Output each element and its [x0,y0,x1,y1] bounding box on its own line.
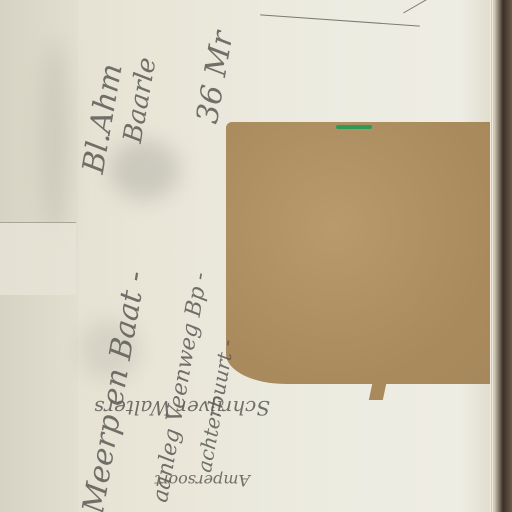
binding-edge [494,0,512,512]
kraft-paper-patch [226,122,496,384]
pencil-line [260,14,420,26]
smudge [110,140,180,200]
green-fragment [336,125,372,129]
handwriting-line: Schrijver Walters [94,396,270,420]
handwriting-line: Ampersoort [154,471,250,490]
document-photo: Bl.Ahm Baarle 36 Mr Meerp en Baat - aanl… [0,0,512,512]
smudge [40,40,70,240]
pencil-line [403,0,447,13]
handwriting-line: Meerp en Baat - [76,268,153,512]
tape-strip [0,222,76,295]
handwriting-line: 36 Mr [190,29,241,126]
